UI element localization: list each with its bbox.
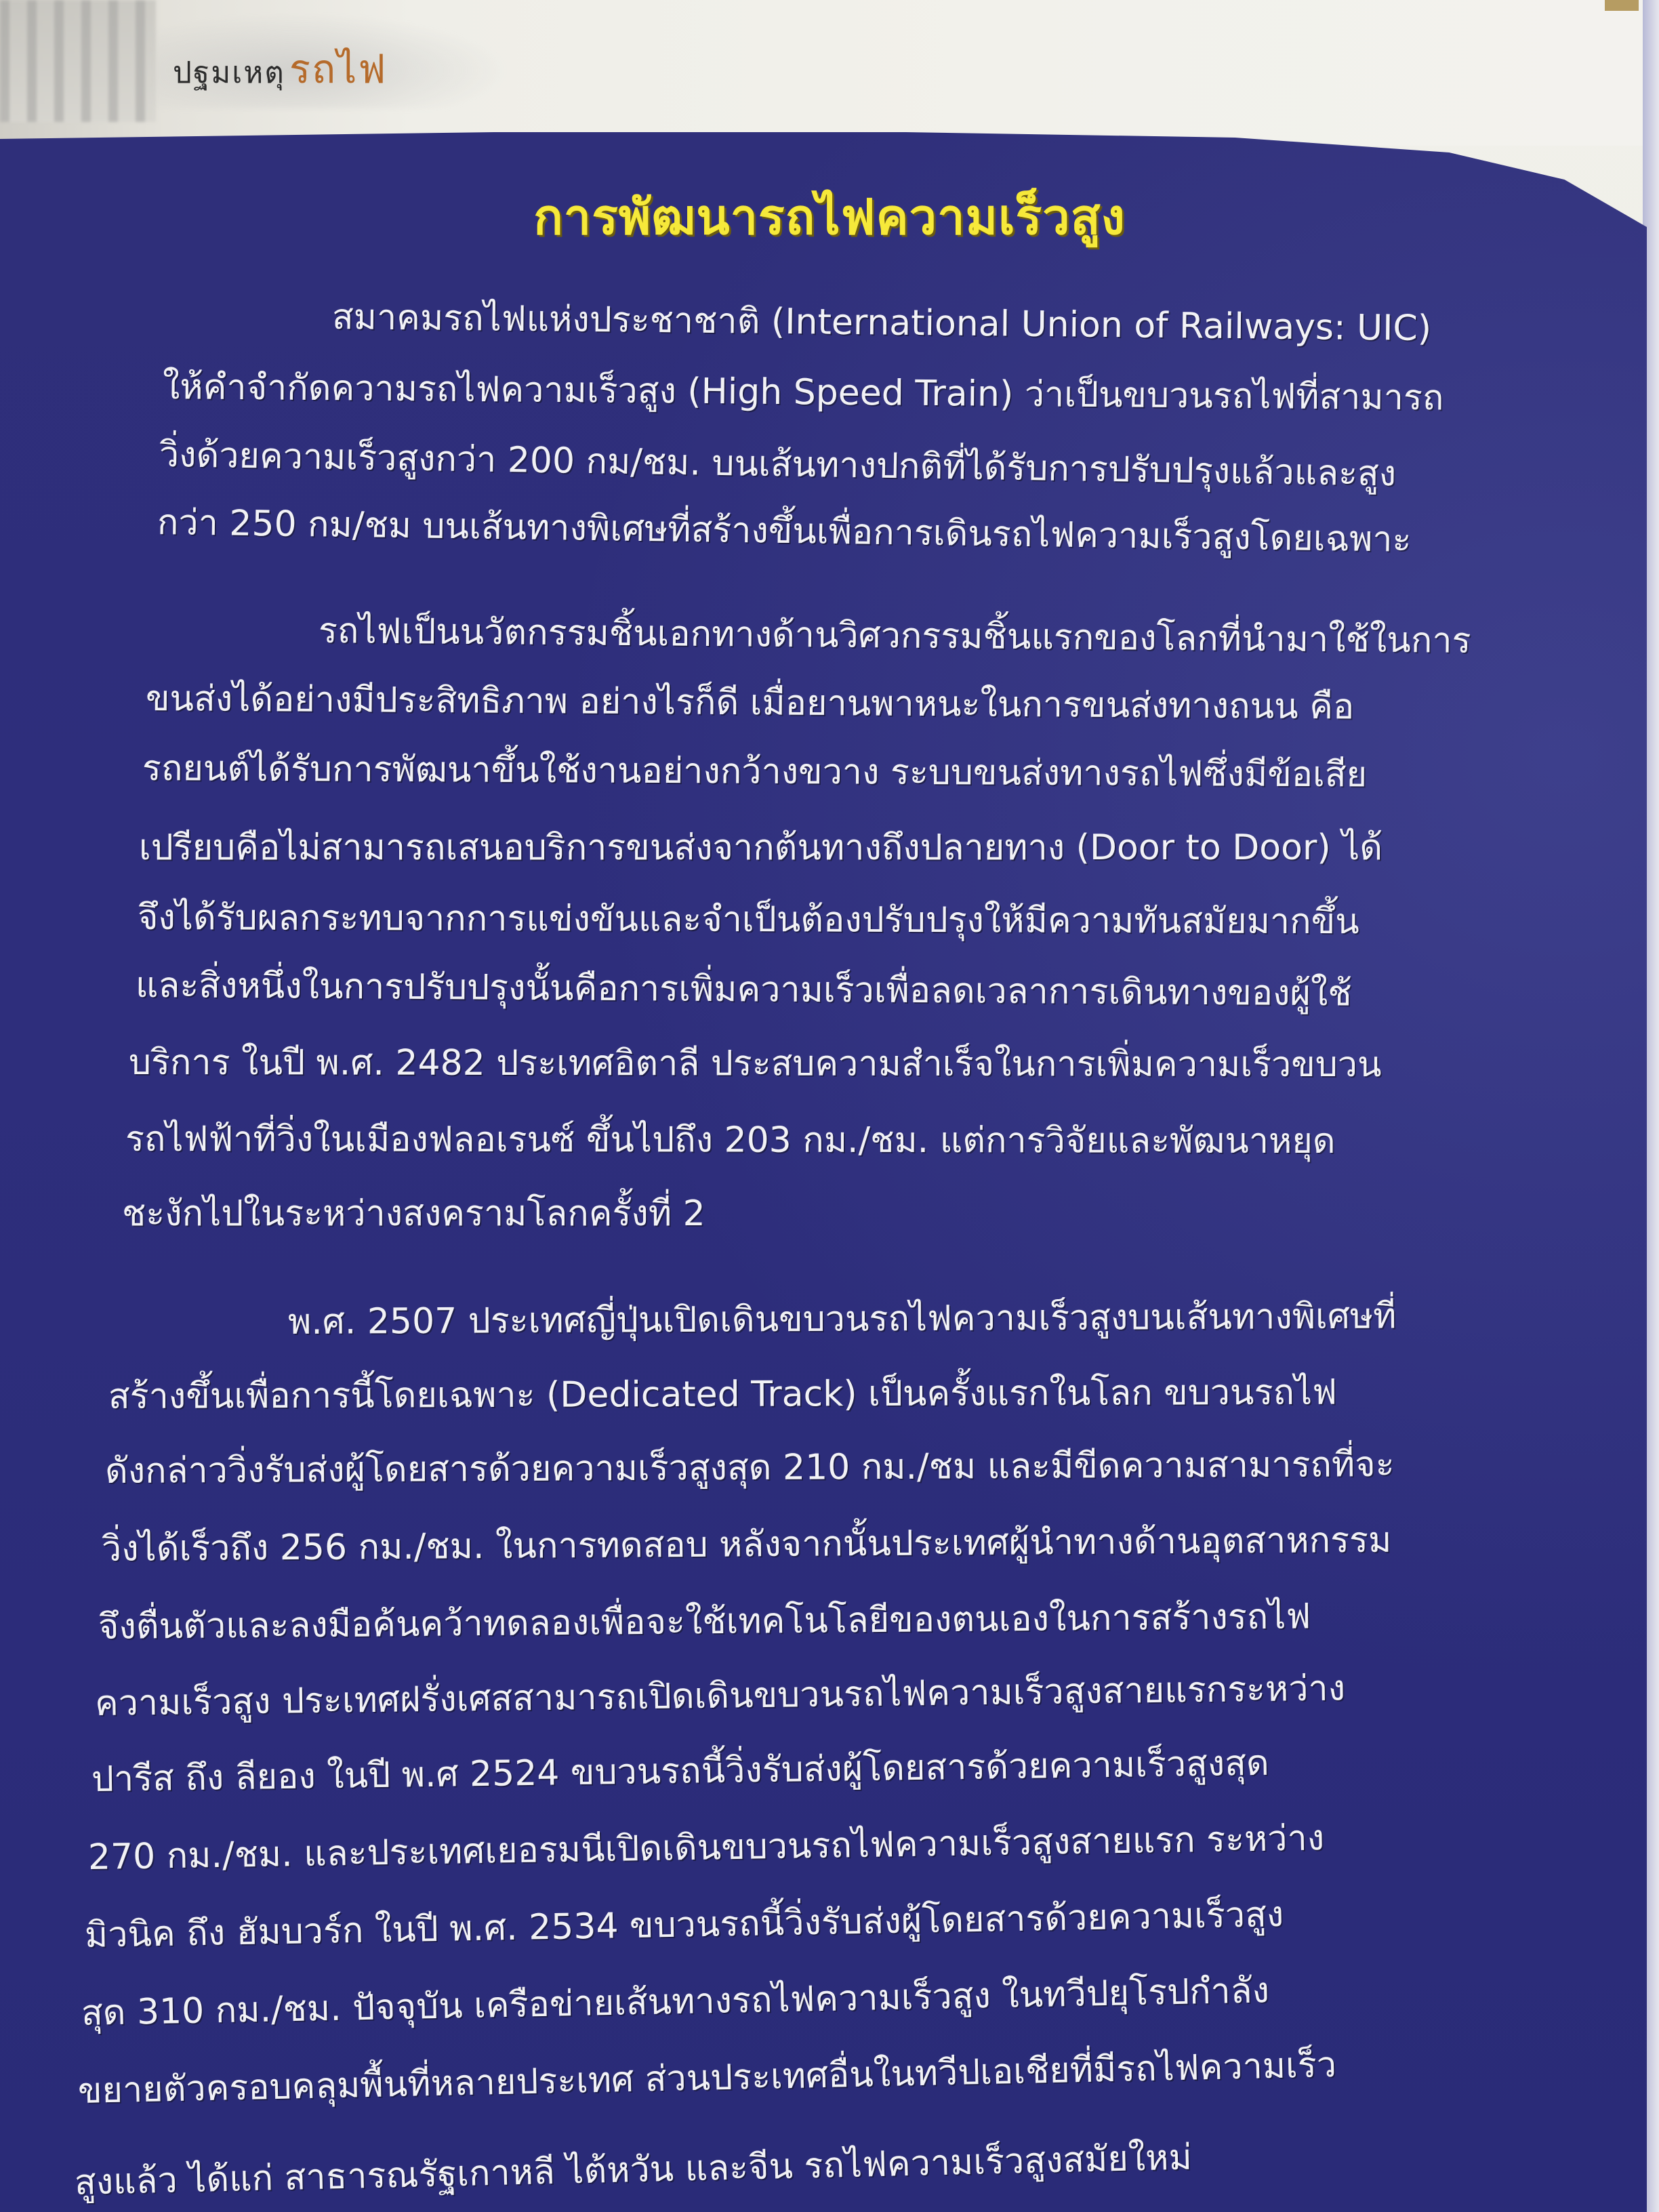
paragraph-2-line-1: รถไฟเป็นนวัตกรรมชิ้นเอกทางด้านวิศวกรรมชิ…	[319, 607, 1471, 665]
paragraph-2-line-3: รถยนต์ได้รับการพัฒนาขึ้นใช้งานอย่างกว้าง…	[142, 744, 1367, 799]
paragraph-2-line-8: รถไฟฟ้าที่วิ่งในเมืองฟลอเรนซ์ ขึ้นไปถึง …	[125, 1115, 1336, 1166]
paragraph-3-line-1: พ.ศ. 2507 ประเทศญี่ปุ่นเปิดเดินขบวนรถไฟค…	[288, 1292, 1397, 1347]
paragraph-3-line-6: ความเร็วสูง ประเทศฝรั่งเศสสามารถเปิดเดิน…	[95, 1664, 1346, 1728]
paragraph-3-line-3: ดังกล่าววิ่งรับส่งผู้โดยสารด้วยความเร็วส…	[105, 1440, 1395, 1496]
paragraph-2-line-9: ชะงักไปในระหว่างสงครามโลกครั้งที่ 2	[122, 1189, 705, 1238]
paragraph-3-line-4: วิ่งได้เร็วถึง 256 กม./ชม. ในการทดสอบ หล…	[102, 1516, 1392, 1574]
article-body: สมาคมรถไฟแห่งประชาชาติ (International Un…	[0, 0, 1659, 2212]
paragraph-3-line-10: สุด 310 กม./ชม. ปัจจุบัน เครือข่ายเส้นทา…	[81, 1966, 1269, 2038]
paragraph-3-line-9: มิวนิค ถึง ฮัมบวร์ก ในปี พ.ศ. 2534 ขบวนร…	[84, 1890, 1284, 1960]
paragraph-3-line-8: 270 กม./ชม. และประเทศเยอรมนีเปิดเดินขบวน…	[87, 1814, 1324, 1882]
paragraph-1-line-3: วิ่งด้วยความเร็วสูงกว่า 200 กม/ชม. บนเส้…	[159, 430, 1396, 499]
paragraph-3-line-11: ขยายตัวครอบคลุมพื้นที่หลายประเทศ ส่วนประ…	[77, 2041, 1336, 2116]
paragraph-3-line-7: ปารีส ถึง ลียอง ในปี พ.ศ 2524 ขบวนรถนี้ว…	[91, 1739, 1269, 1804]
paragraph-1-line-2: ให้คำจำกัดความรถไฟความเร็วสูง (High Spee…	[163, 363, 1444, 422]
paragraph-1-line-1: สมาคมรถไฟแห่งประชาชาติ (International Un…	[332, 293, 1432, 353]
paragraph-1-line-4: กว่า 250 กม/ชม บนเส้นทางพิเศษที่สร้างขึ้…	[157, 498, 1411, 565]
paragraph-2-line-5: จึงได้รับผลกระทบจากการแข่งขันและจำเป็นต้…	[138, 893, 1359, 946]
paragraph-3-line-2: สร้างขึ้นเพื่อการนี้โดยเฉพาะ (Dedicated …	[108, 1368, 1337, 1421]
book-page: ปฐมเหตุ รถไฟ การพัฒนารถไฟความเร็วสูง สมา…	[0, 0, 1659, 2212]
paragraph-2-line-4: เปรียบคือไม่สามารถเสนอบริการขนส่งจากต้นท…	[139, 823, 1382, 872]
paragraph-2-line-6: และสิ่งหนึ่งในการปรับปรุงนั้นคือการเพิ่ม…	[136, 961, 1352, 1019]
paragraph-2-line-7: บริการ ในปี พ.ศ. 2482 ประเทศอิตาลี ประสบ…	[129, 1038, 1382, 1089]
paragraph-2-line-2: ขนส่งได้อย่างมีประสิทธิภาพ อย่างไรก็ดี เ…	[146, 674, 1355, 731]
paragraph-3-line-12: สูงแล้ว ได้แก่ สาธารณรัฐเกาหลี ไต้หวัน แ…	[74, 2133, 1192, 2207]
paragraph-3-line-5: จึงตื่นตัวและลงมือค้นคว้าทดลองเพื่อจะใช้…	[98, 1592, 1311, 1652]
